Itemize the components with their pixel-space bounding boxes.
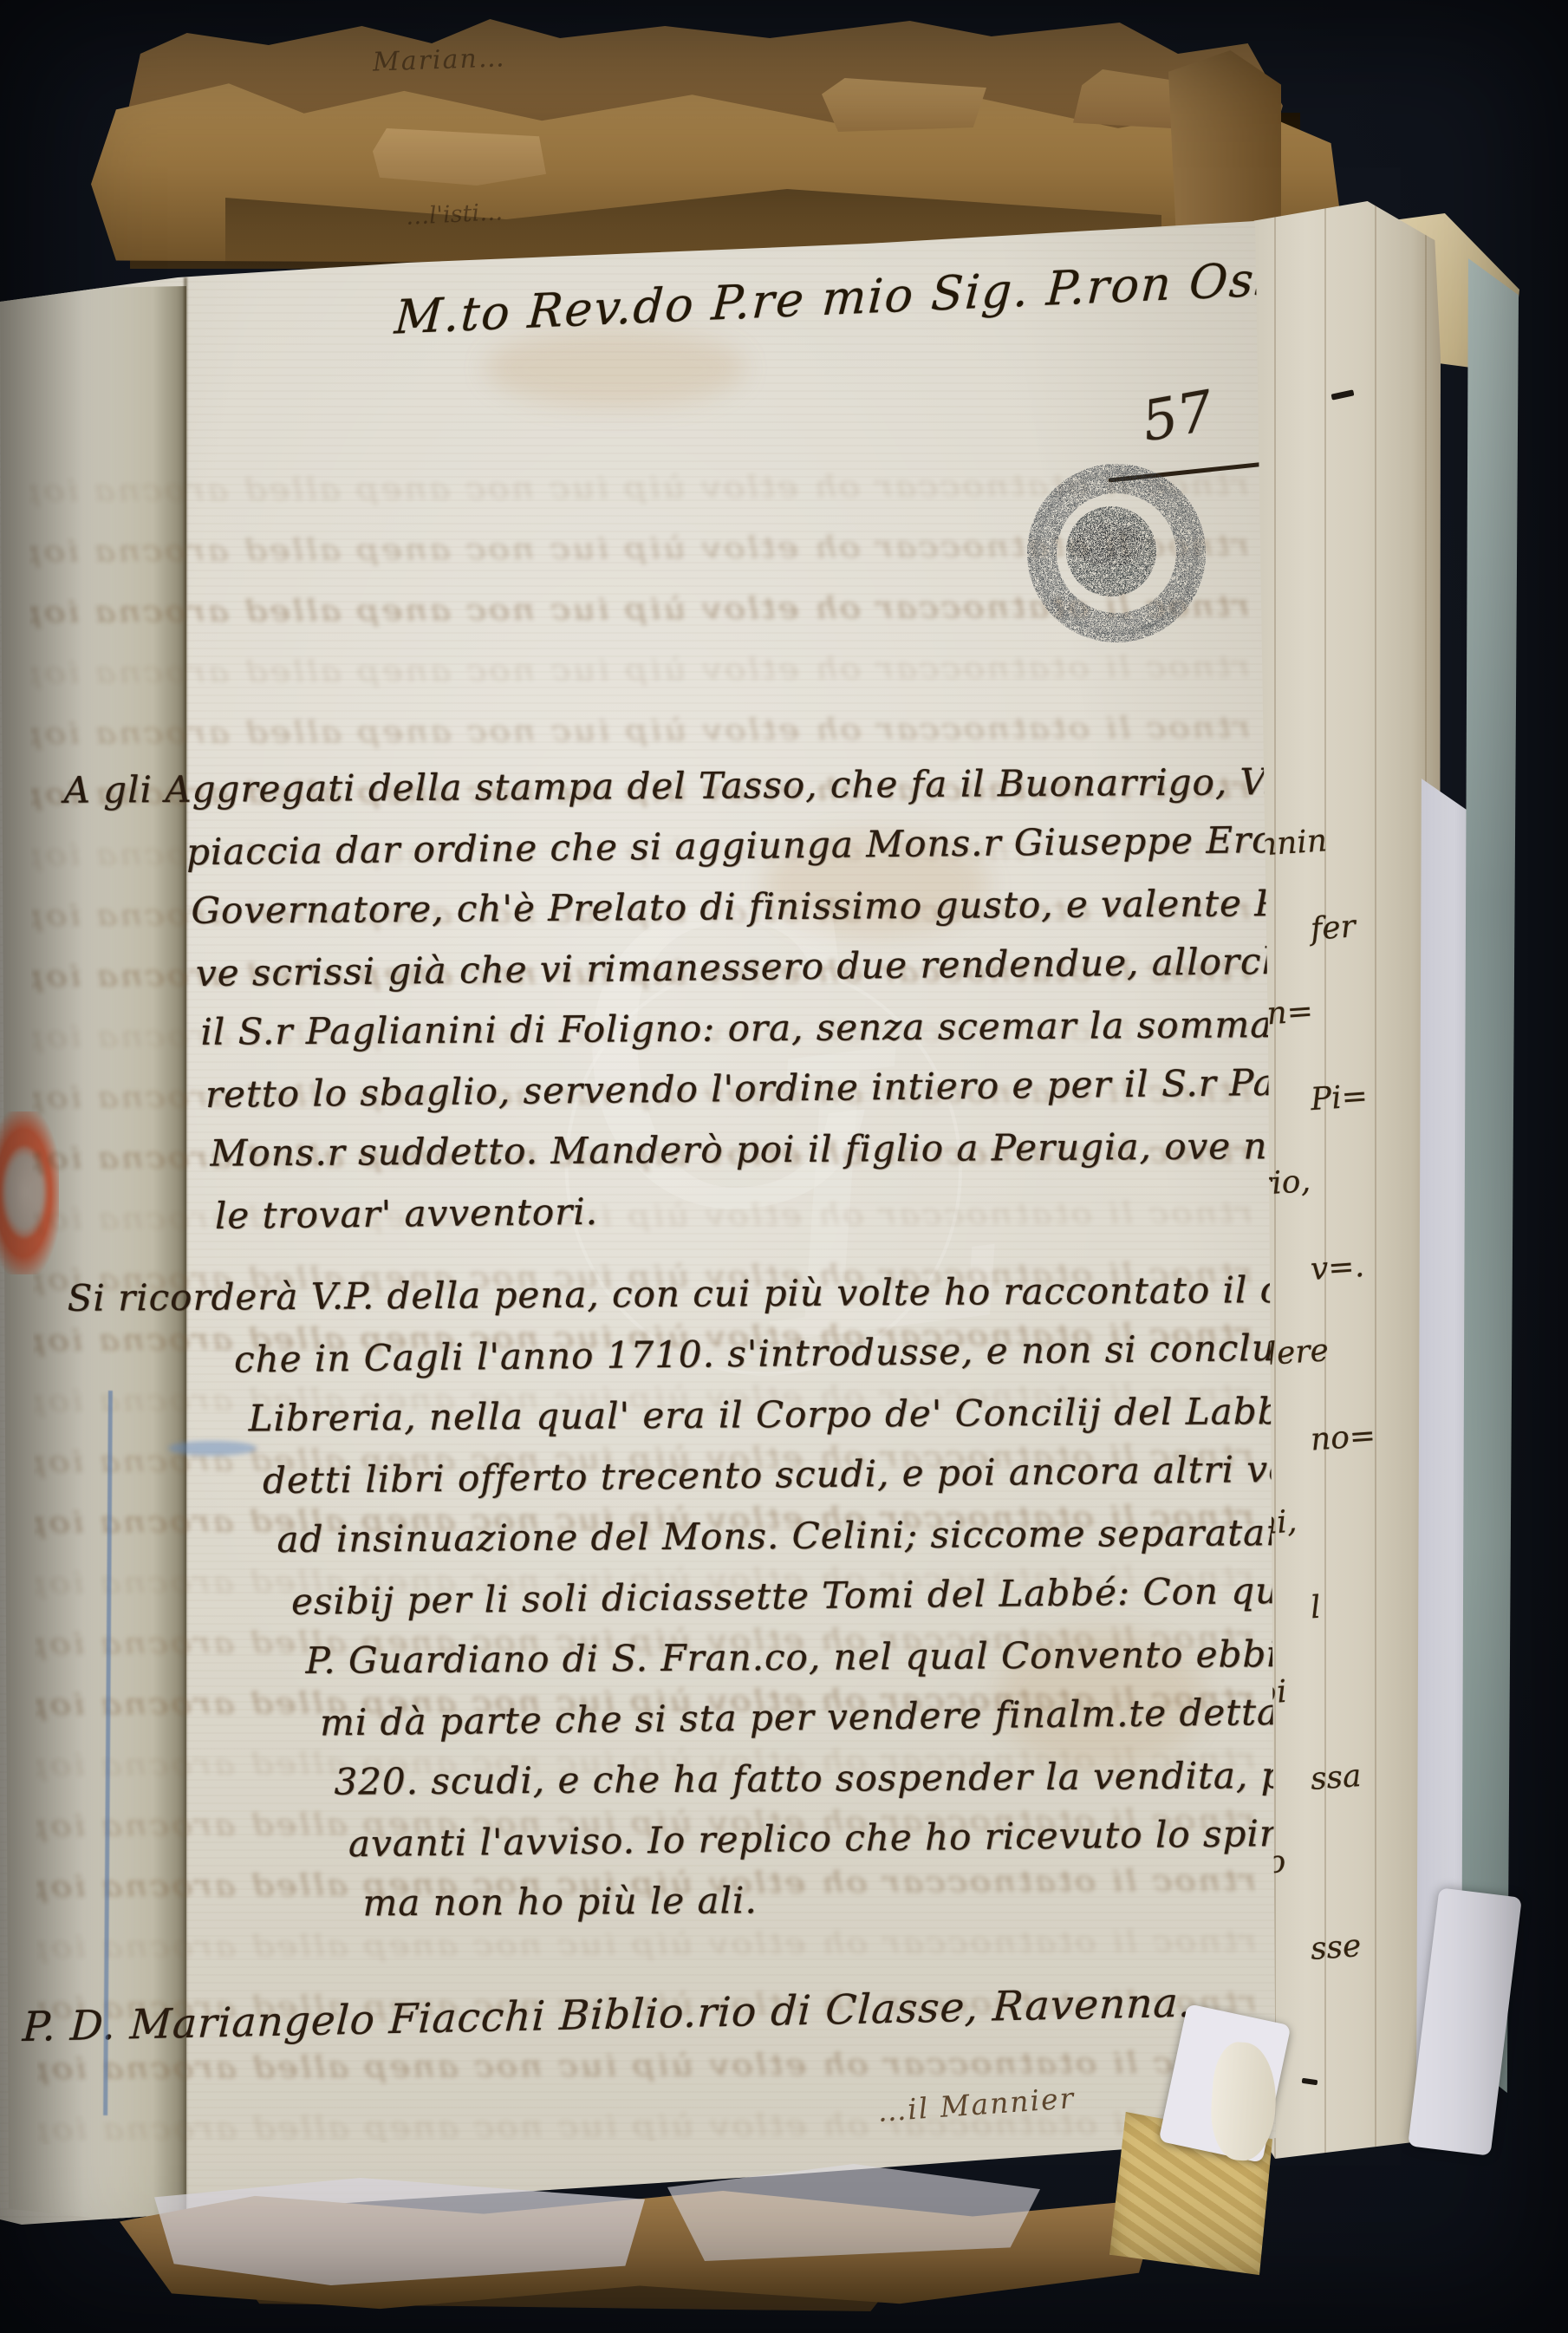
fragment-text: ssa — [1310, 1758, 1363, 1797]
fragment-text: l — [1310, 1590, 1322, 1626]
paragraph: A gli Aggregati della stampa del Tasso, … — [51, 752, 1268, 1246]
manuscript-line: Mons.r suddetto. Manderò poi il figlio a… — [54, 1116, 1267, 1185]
manuscript-line: Si ricorderà V.P. della pena, con cui pi… — [55, 1260, 1268, 1329]
manuscript-line: piaccia dar ordine che si aggiunga Mons.… — [52, 810, 1266, 884]
bleed-row: ottartnoc li otatnoccar oh etlov ùip iuc… — [29, 649, 1258, 690]
manuscript-line: 320. scudi, e che ha fatto sospender la … — [58, 1745, 1272, 1815]
fragment-text: no= — [1310, 1417, 1377, 1457]
paragraph: Si ricorderà V.P. della pena, con cui pi… — [55, 1260, 1272, 1936]
manuscript-line: P. Guardiano di S. Fran.co, nel qual Con… — [57, 1624, 1271, 1693]
letter-body: A gli Aggregati della stampa del Tasso, … — [51, 752, 1272, 1936]
kraft-torn-strip — [373, 128, 546, 186]
archival-stamp — [1025, 461, 1208, 645]
manuscript-line: ve scrissi già che vi rimanessero due re… — [53, 931, 1267, 1006]
blue-pencil-smudge — [168, 1441, 257, 1456]
manuscript-line: A gli Aggregati della stampa del Tasso, … — [51, 752, 1265, 821]
cover-board — [1461, 258, 1519, 2093]
fragment-text: v=. — [1310, 1248, 1366, 1287]
salutation: M.to Rev.do P.re mio Sig. P.ron Oss.mo — [393, 261, 1054, 344]
manuscript-line: avanti l'avviso. Io replico che ho ricev… — [59, 1803, 1273, 1878]
manuscript-line: Governatore, ch'è Prelato di finissimo g… — [52, 873, 1265, 942]
manuscript-line: le trovar' avventori. — [55, 1174, 1269, 1248]
kraft-torn-strip — [822, 78, 986, 132]
manuscript-line: esibij per li soli diciassette Tomi del … — [57, 1561, 1272, 1635]
fragment-text: fer — [1310, 909, 1357, 948]
manuscript-line: che in Cagli l'anno 1710. s'introdusse, … — [55, 1318, 1270, 1392]
manuscript-line: Libreria, nella qual' era il Corpo de' C… — [55, 1381, 1269, 1450]
manuscript-page: C L ottartnoc li otatnoccar oh etlov ùip… — [0, 0, 1291, 2254]
fragment-text: sse — [1310, 1928, 1363, 1967]
page-number: 57 — [1137, 379, 1218, 454]
bleed-row: ottartnoc li otatnoccar oh etlov ùip iuc… — [29, 710, 1258, 751]
wrapper-inscription: Marian… — [372, 42, 506, 77]
manuscript-line: il S.r Paglianini di Foligno: ora, senza… — [53, 994, 1266, 1064]
manuscript-line: ma non ho più le ali. — [59, 1867, 1272, 1936]
manuscript-line: retto lo sbaglio, servendo l'ordine inti… — [54, 1052, 1268, 1127]
tissue-paper — [154, 2178, 645, 2285]
fragment-text: Pi= — [1310, 1079, 1370, 1118]
manuscript-line: ad insinuazione del Mons. Celini; siccom… — [56, 1502, 1270, 1572]
wrapper-inscription: …l'isti… — [405, 199, 504, 231]
bleed-row: ottartnoc li otatnoccar oh etlov ùip iuc… — [37, 2045, 1259, 2086]
fragment-text: nnin — [1256, 823, 1329, 863]
manuscript-line: mi dà parte che si sta per vendere final… — [58, 1682, 1272, 1756]
paper-stain — [485, 329, 745, 407]
archive-photo: Marian… …l'isti… nninferin=Pi=rio,v=.der… — [0, 0, 1568, 2333]
